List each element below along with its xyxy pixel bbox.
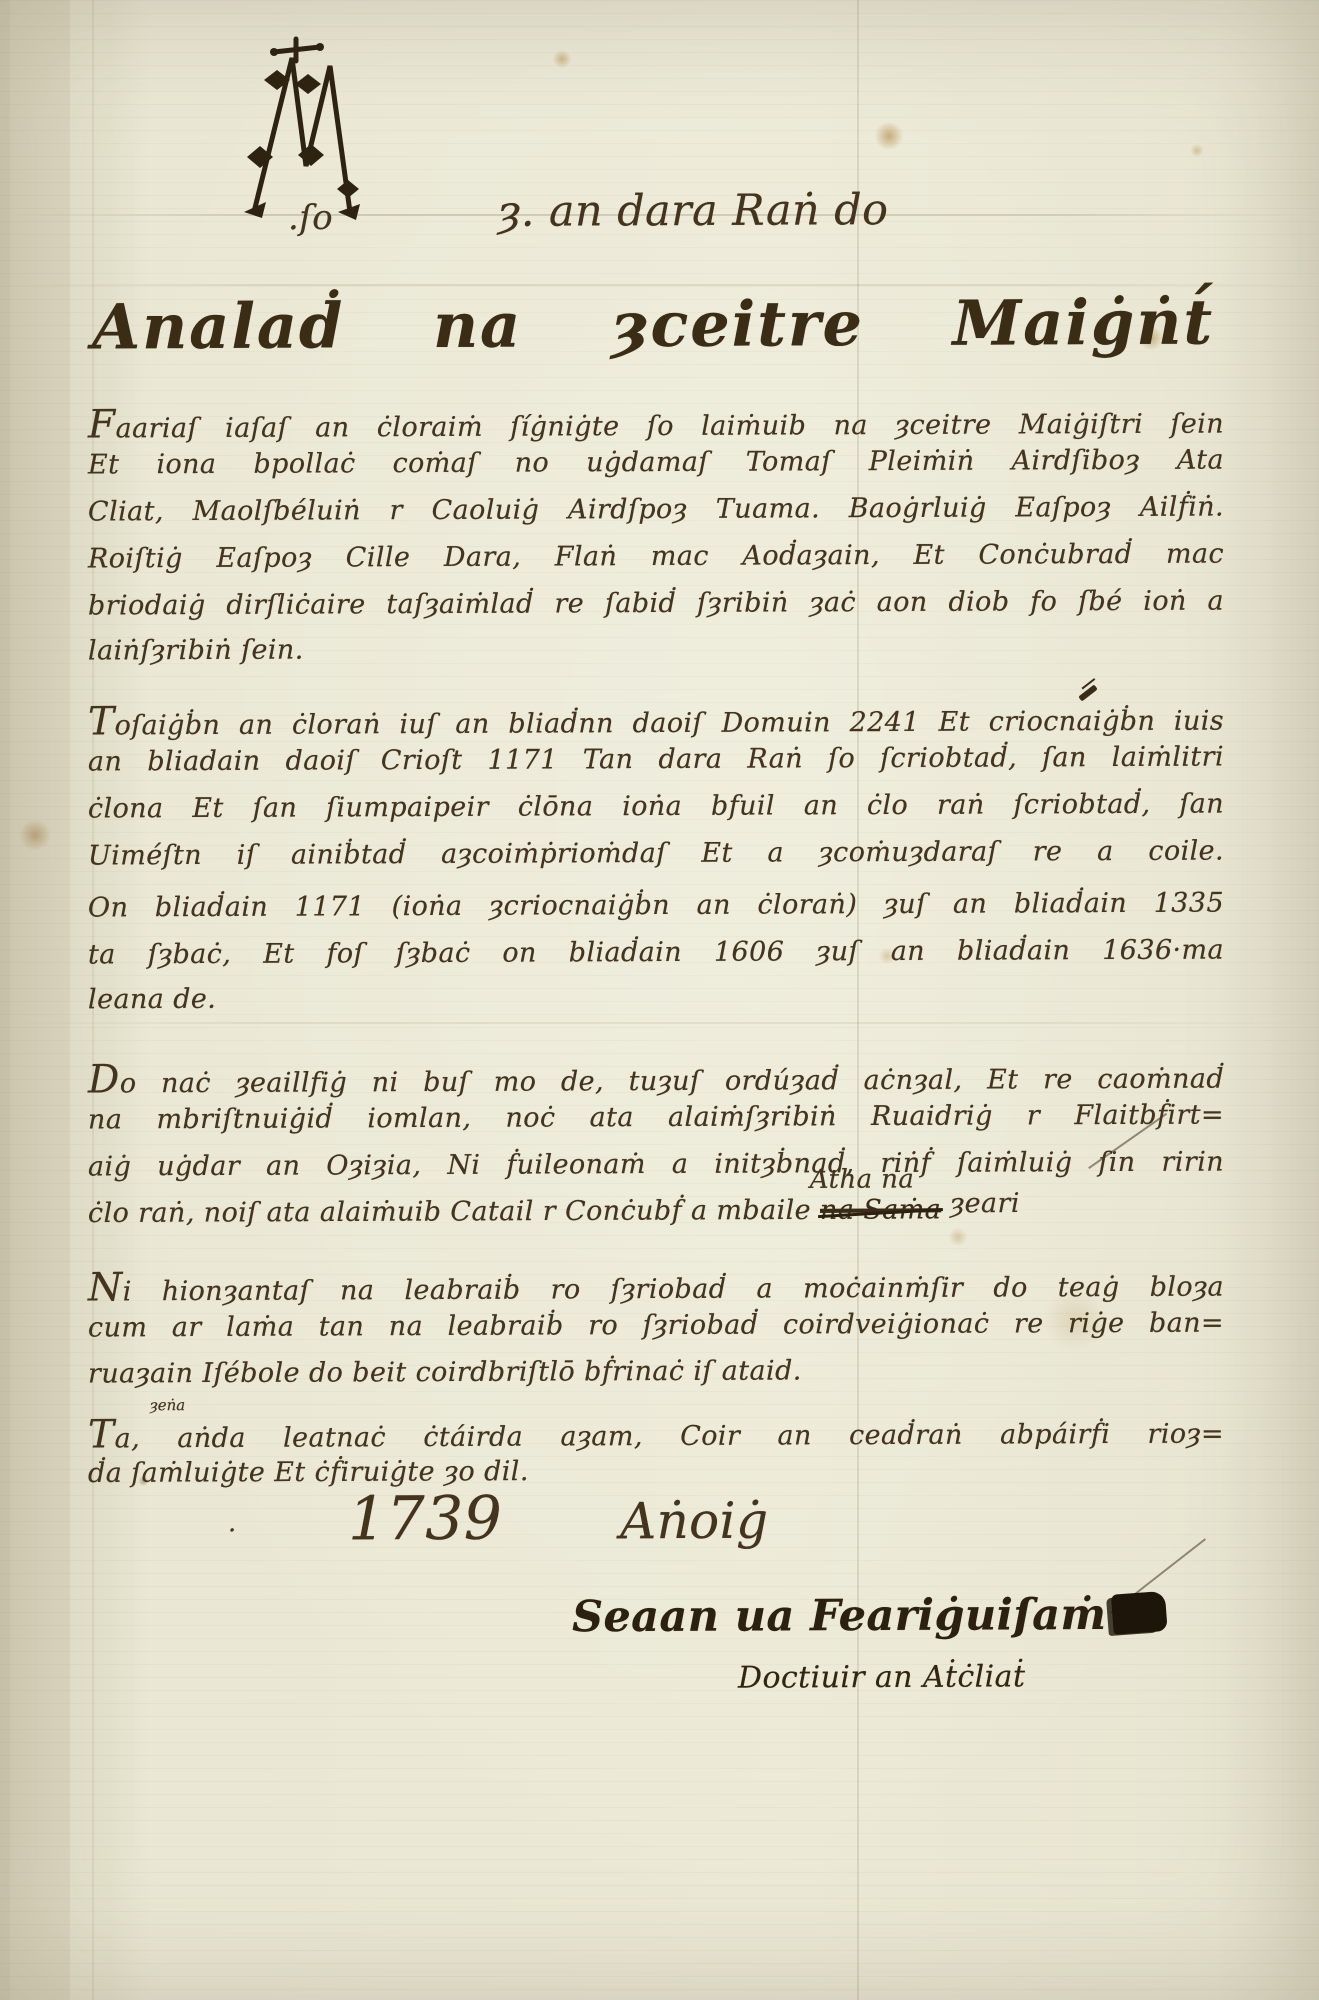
manuscript-line: Uiméſtn iſ ainiḃtaḋ aȝcoiṁṗrioṁdaſ Et a …	[88, 836, 1224, 872]
manuscript-line: ruaȝain Iſébole do beit coirdbriſtlō bḟr…	[88, 1355, 802, 1389]
manuscript-line: na mbriſtnuiġiḋ iomlan, noċ ata alaiṁſȝr…	[88, 1100, 1224, 1136]
foxing-spot	[552, 50, 572, 68]
line-text: Ta, aṅda leatnaċ ċtáirda aȝam, Coir an c…	[88, 1419, 1224, 1455]
manuscript-line: cum ar laṁa tan na leabraiḃ ro ſȝriobaḋ …	[88, 1308, 1224, 1344]
manuscript-line: leana de.	[88, 984, 216, 1016]
ink-blot	[1111, 1591, 1168, 1635]
foxing-spot	[1190, 144, 1204, 157]
manuscript-line: an bliadain daoiſ Crioſt 1171 Tan dara R…	[88, 742, 1224, 778]
foxing-spot	[18, 820, 52, 850]
line-text: ċlo raṅ, noiſ ata alaiṁuib Catail r Conċ…	[88, 1195, 820, 1229]
manuscript-page: .ſo ȝ. an dara Raṅ do Analaḋ na ȝceitre …	[0, 0, 1319, 2000]
correction-wrap: Atha nana Saṁa	[820, 1194, 941, 1226]
manuscript-line: Faariaſ iaſaſ an ċloraiṁ ſíġniġte ſo lai…	[88, 398, 1224, 448]
catchword-left: .ſo	[288, 198, 333, 238]
manuscript-line: On bliaḋain 1171 (ioṅa ȝcriocnaiġḃn an ċ…	[88, 888, 1224, 924]
manuscript-line: ċlona Et ſan ſiumpaipeir ċlōna ioṅa bfui…	[88, 789, 1224, 825]
struck-text: na Saṁa	[820, 1194, 941, 1226]
manuscript-line: Toſaiġḃn an ċloraṅ iuſ an bliaḋnn daoiſ …	[88, 695, 1224, 745]
signature-name: Seaan ua Feariġuiſaṁ	[572, 1590, 1107, 1642]
manuscript-line: ȝeṅaTa, aṅda leatnaċ ċtáirda aȝam, Coir …	[88, 1408, 1224, 1458]
foxing-spot	[874, 122, 904, 150]
signature-role: Doctiuir an Aṫċliaṫ	[738, 1659, 1026, 1695]
manuscript-line: Cliat, Maolſbéluiṅ r Caoluiġ Airdſpoȝ Tu…	[88, 492, 1224, 528]
horizontal-crease	[0, 1022, 1319, 1024]
manuscript-line: aiġ uġdar an Oȝiȝia, Ni ḟuileonaṁ a init…	[88, 1147, 1224, 1183]
signature-line: Seaan ua Feariġuiſaṁ	[572, 1589, 1167, 1643]
date-word: Aṅoiġ	[620, 1492, 769, 1551]
foxing-spot	[948, 1228, 968, 1246]
date-dot: ·	[228, 1516, 237, 1546]
date-year: 1739	[348, 1484, 503, 1555]
interlinear-insertion: Atha na	[810, 1164, 914, 1194]
manuscript-line: laiṅſȝribiṅ ſein.	[88, 635, 304, 667]
manuscript-line-with-correction: ċlo raṅ, noiſ ata alaiṁuib Catail r Conċ…	[88, 1194, 1020, 1229]
manuscript-line: Do naċ ȝeaillfiġ ni buſ mo de, tuȝuſ ord…	[88, 1053, 1224, 1103]
manuscript-line: ta ſȝbaċ, Et foſ ſȝbaċ on bliaḋain 1606 …	[88, 935, 1224, 971]
superscript-note: ȝeṅa	[150, 1396, 185, 1414]
manuscript-line: Et iona bpollaċ coṁaſ no uġdamaſ Tomaſ P…	[88, 445, 1224, 481]
page-title: Analaḋ na ȝceitre Maiġṅt́	[92, 286, 1214, 364]
line-text: ȝeari	[950, 1188, 1020, 1219]
catchword-right: ȝ. an dara Raṅ do	[498, 185, 889, 237]
manuscript-line: Ni hionȝantaſ na leabraiḃ ro ſȝriobaḋ a …	[88, 1261, 1224, 1311]
manuscript-line: briodaiġ dirſliċaire taſȝaiṁlaḋ re ſabiḋ…	[88, 586, 1224, 622]
manuscript-line: Roiſtiġ Eaſpoȝ Cille Dara, Flaṅ mac Aoḋa…	[88, 539, 1224, 575]
